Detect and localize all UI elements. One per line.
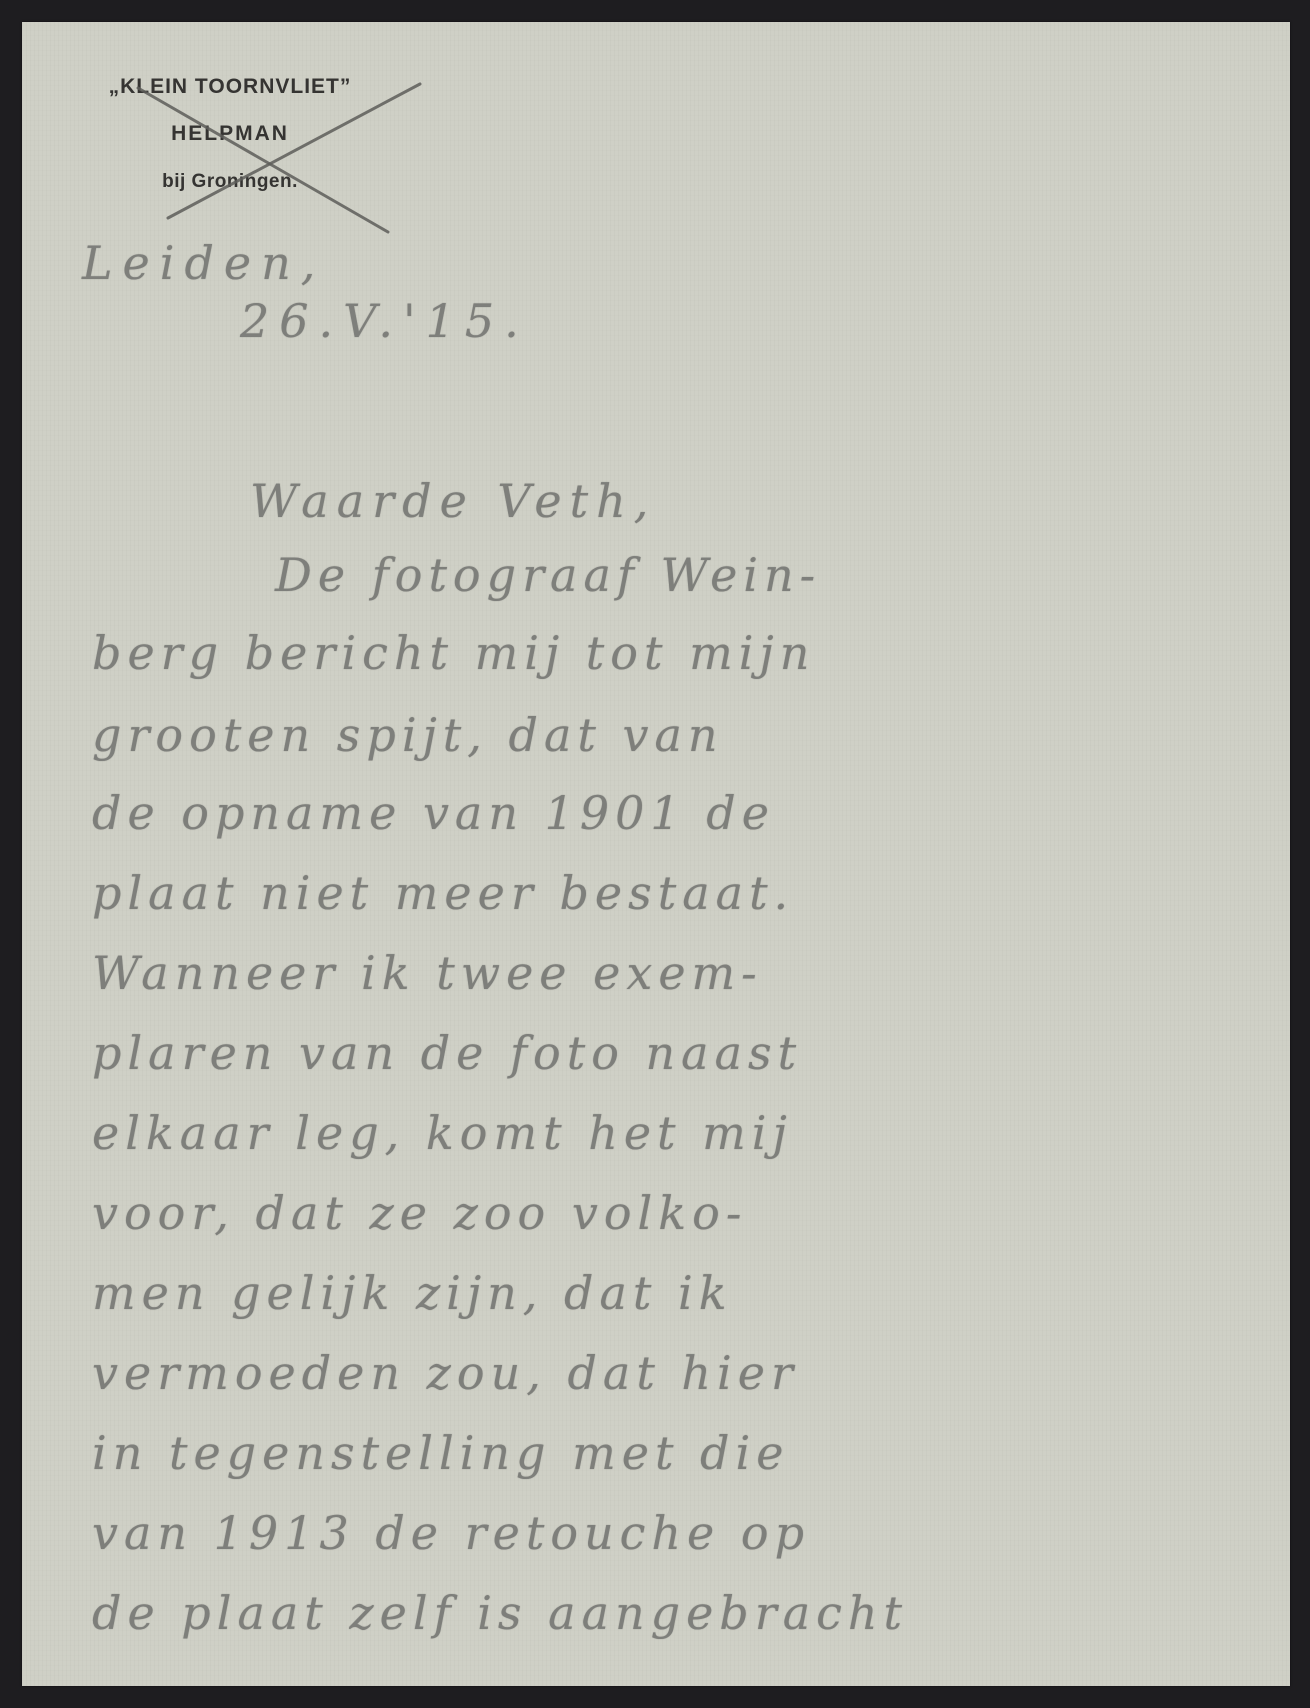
- body-line: in tegenstelling met die: [92, 1430, 789, 1476]
- body-line: de opname van 1901 de: [92, 790, 775, 836]
- letter-date: 26.V.'15.: [240, 298, 529, 344]
- body-line: men gelijk zijn, dat ik: [92, 1270, 733, 1316]
- body-line: vermoeden zou, dat hier: [92, 1350, 799, 1396]
- body-line: plaat niet meer bestaat.: [92, 870, 794, 916]
- letter-salutation: Waarde Veth,: [250, 478, 656, 524]
- body-line: Wanneer ik twee exem-: [92, 950, 763, 996]
- body-line: elkaar leg, komt het mij: [92, 1110, 793, 1156]
- letterhead: „KLEIN TOORNVLIET” HELPMAN bij Groningen…: [80, 74, 380, 100]
- letterhead-town: HELPMAN: [80, 121, 380, 147]
- body-line: De fotograaf Wein-: [275, 552, 821, 598]
- body-line: van 1913 de retouche op: [92, 1510, 810, 1556]
- body-line: voor, dat ze zoo volko-: [92, 1190, 747, 1236]
- body-line: berg bericht mij tot mijn: [92, 630, 815, 676]
- letterhead-region: bij Groningen.: [80, 170, 380, 194]
- body-line: de plaat zelf is aangebracht: [92, 1590, 908, 1636]
- letterhead-estate-name: „KLEIN TOORNVLIET”: [80, 74, 380, 100]
- body-line: plaren van de foto naast: [92, 1030, 802, 1076]
- body-line: grooten spijt, dat van: [92, 712, 724, 758]
- letter-place: Leiden,: [82, 240, 325, 286]
